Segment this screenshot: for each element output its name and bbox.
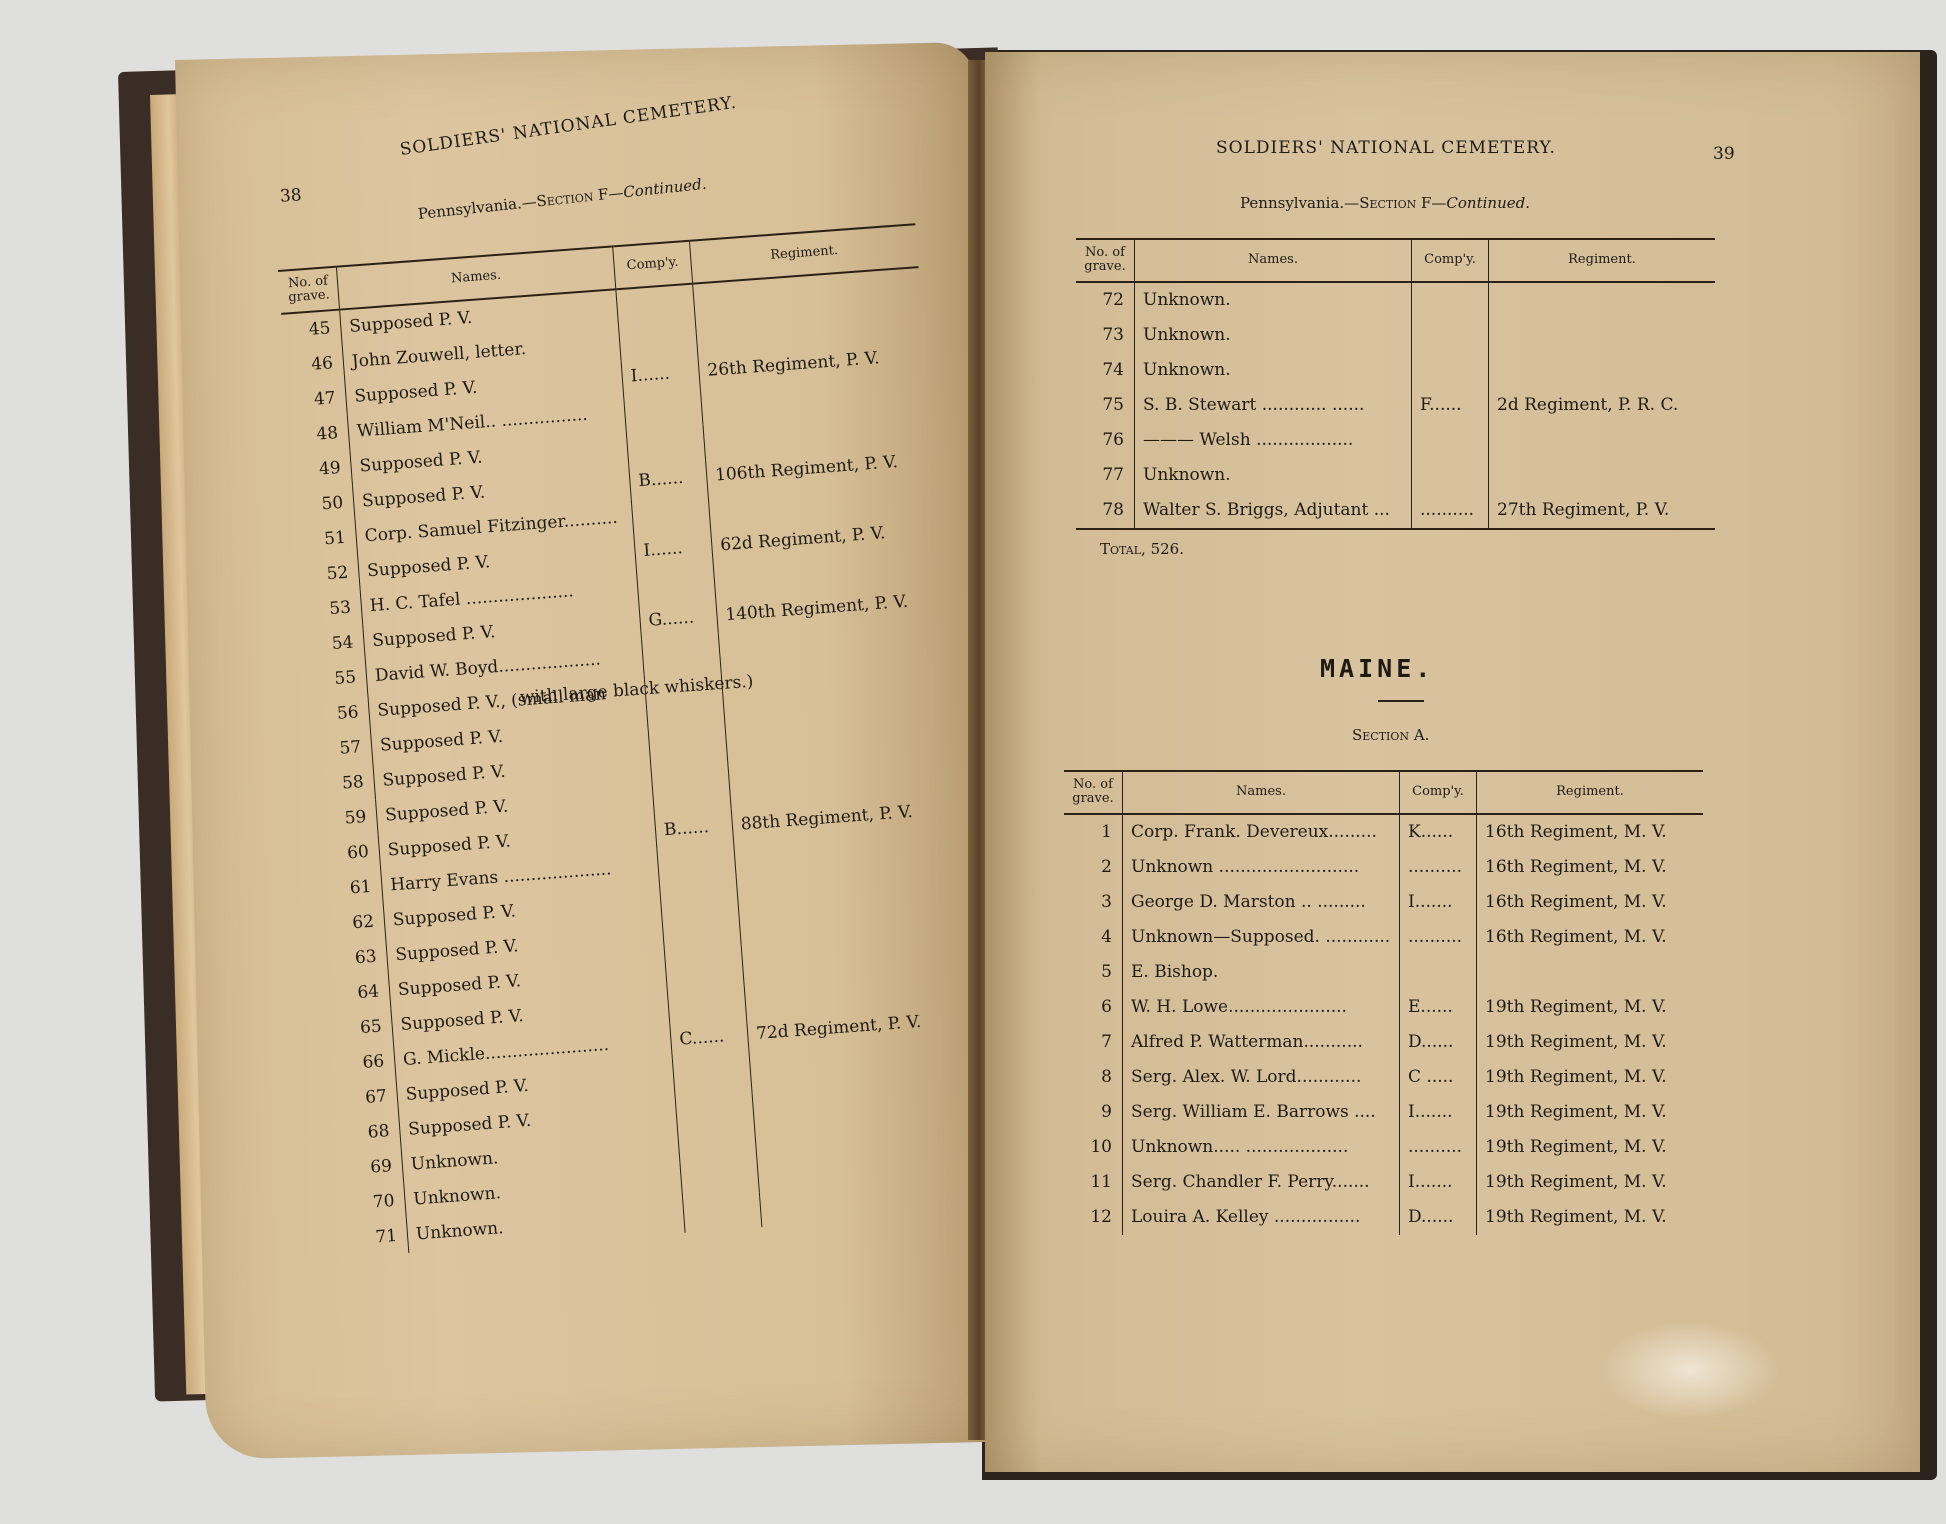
company <box>636 564 715 605</box>
grave-number: 75 <box>1076 388 1135 423</box>
company: I....... <box>1400 1095 1477 1130</box>
company <box>659 878 738 919</box>
company <box>1400 955 1477 990</box>
grave-number: 12 <box>1064 1200 1123 1235</box>
company: D...... <box>1400 1025 1477 1060</box>
regiment: 2d Regiment, P. R. C. <box>1489 388 1716 423</box>
company <box>616 283 695 325</box>
company: C ..... <box>1400 1060 1477 1095</box>
table-row: 7Alfred P. Watterman...........D......19… <box>1064 1025 1703 1060</box>
table-row: 6W. H. Lowe......................E......… <box>1064 990 1703 1025</box>
right-subhead: Pennsylvania.—Section F—Continued. <box>1240 194 1530 212</box>
grave-number: 56 <box>309 694 370 733</box>
regiment: 16th Regiment, M. V. <box>1477 850 1704 885</box>
table-row: 73Unknown. <box>1076 318 1715 353</box>
soldier-name: E. Bishop. <box>1123 955 1400 990</box>
table-row: 8Serg. Alex. W. Lord............C .....1… <box>1064 1060 1703 1095</box>
soldier-name: Unknown. <box>1135 458 1412 493</box>
soldier-name: Louira A. Kelley ................ <box>1123 1200 1400 1235</box>
soldier-name: Serg. Chandler F. Perry....... <box>1123 1165 1400 1200</box>
grave-number: 62 <box>325 904 386 943</box>
pennsylvania-continued-table: No. of grave. Names. Comp'y. Regiment. 7… <box>1076 238 1715 530</box>
regiment: 19th Regiment, M. V. <box>1477 1165 1704 1200</box>
grave-number: 2 <box>1064 850 1123 885</box>
company <box>641 633 720 674</box>
soldier-name: Unknown. <box>1135 282 1412 318</box>
grave-number: 72 <box>1076 282 1135 318</box>
grave-number: 59 <box>317 799 378 838</box>
table-row: 72Unknown. <box>1076 282 1715 318</box>
regiment: 19th Regiment, M. V. <box>1477 1095 1704 1130</box>
regiment <box>1489 458 1716 493</box>
grave-number: 58 <box>315 764 376 803</box>
company <box>624 389 703 430</box>
col-header-grave: No. of grave. <box>1076 239 1135 282</box>
grave-number: 68 <box>340 1113 401 1152</box>
company <box>631 494 710 535</box>
table-row: 2Unknown ...............................… <box>1064 850 1703 885</box>
col-header-grave: No. of grave. <box>278 267 339 314</box>
company: D...... <box>1400 1200 1477 1235</box>
soldier-name: Serg. William E. Barrows .... <box>1123 1095 1400 1130</box>
regiment: 19th Regiment, M. V. <box>1477 990 1704 1025</box>
grave-number: 46 <box>284 345 345 384</box>
company <box>1412 423 1489 458</box>
table-row: 77Unknown. <box>1076 458 1715 493</box>
soldier-name: Serg. Alex. W. Lord............ <box>1123 1060 1400 1095</box>
regiment <box>1489 318 1716 353</box>
company: I....... <box>1400 1165 1477 1200</box>
grave-number: 10 <box>1064 1130 1123 1165</box>
heading-rule <box>1378 700 1424 702</box>
regiment: 19th Regiment, M. V. <box>1477 1060 1704 1095</box>
regiment: 27th Regiment, P. V. <box>1489 493 1716 529</box>
grave-number: 71 <box>348 1218 409 1257</box>
soldier-name: Unknown. <box>1135 353 1412 388</box>
grave-number: 73 <box>1076 318 1135 353</box>
company: .......... <box>1400 850 1477 885</box>
grave-number: 1 <box>1064 814 1123 850</box>
company: K...... <box>1400 814 1477 850</box>
regiment: 16th Regiment, M. V. <box>1477 814 1704 850</box>
regiment <box>1489 282 1716 318</box>
soldier-name: Walter S. Briggs, Adjutant ... <box>1135 493 1412 529</box>
regiment: 16th Regiment, M. V. <box>1477 885 1704 920</box>
col-header-company: Comp'y. <box>1412 239 1489 282</box>
company <box>665 947 744 988</box>
grave-number: 49 <box>292 450 353 489</box>
total-label: Total, <box>1100 540 1146 558</box>
total-value: 526. <box>1151 540 1184 558</box>
company <box>1412 353 1489 388</box>
grave-number: 52 <box>299 555 360 594</box>
company <box>647 703 726 744</box>
grave-number: 54 <box>304 624 365 663</box>
company: I...... <box>621 354 700 395</box>
company: B...... <box>629 459 708 500</box>
company <box>1412 282 1489 318</box>
company <box>672 1052 751 1093</box>
grave-number: 61 <box>322 869 383 908</box>
grave-number: 4 <box>1064 920 1123 955</box>
soldier-name: W. H. Lowe...................... <box>1123 990 1400 1025</box>
state-heading: MAINE. <box>1320 654 1434 683</box>
soldier-name: Unknown. <box>1135 318 1412 353</box>
table-header-row: No. of grave. Names. Comp'y. Regiment. <box>1064 771 1703 814</box>
grave-number: 7 <box>1064 1025 1123 1060</box>
company <box>662 913 741 954</box>
company <box>657 843 736 884</box>
col-header-grave: No. of grave. <box>1064 771 1123 814</box>
grave-number: 63 <box>327 938 388 977</box>
grave-number: 66 <box>335 1043 396 1082</box>
soldier-name: S. B. Stewart ............ ...... <box>1135 388 1412 423</box>
right-page-number: 39 <box>1713 144 1735 164</box>
company: .......... <box>1412 493 1489 529</box>
table-row: 9Serg. William E. Barrows ....I.......19… <box>1064 1095 1703 1130</box>
soldier-name: George D. Marston .. ......... <box>1123 885 1400 920</box>
regiment: 19th Regiment, M. V. <box>1477 1025 1704 1060</box>
grave-number: 45 <box>281 309 342 349</box>
table-row: 1Corp. Frank. Devereux.........K......16… <box>1064 814 1703 850</box>
table-row: 11Serg. Chandler F. Perry.......I.......… <box>1064 1165 1703 1200</box>
grave-number: 48 <box>289 415 350 454</box>
regiment: 19th Regiment, M. V. <box>1477 1130 1704 1165</box>
company <box>667 982 746 1023</box>
grave-number: 5 <box>1064 955 1123 990</box>
grave-number: 9 <box>1064 1095 1123 1130</box>
company: I...... <box>634 529 713 570</box>
soldier-name: Unknown..... ................... <box>1123 1130 1400 1165</box>
company: G...... <box>639 598 718 639</box>
regiment <box>1489 423 1716 458</box>
section-heading: Section A. <box>1352 726 1429 744</box>
company <box>683 1192 762 1233</box>
col-header-names: Names. <box>1135 239 1412 282</box>
grave-number: 8 <box>1064 1060 1123 1095</box>
soldier-name: ——— Welsh .................. <box>1135 423 1412 458</box>
table-row: 5E. Bishop. <box>1064 955 1703 990</box>
table-row: 12Louira A. Kelley ................D....… <box>1064 1200 1703 1235</box>
table-row: 78Walter S. Briggs, Adjutant ...........… <box>1076 493 1715 529</box>
table-row: 76——— Welsh .................. <box>1076 423 1715 458</box>
grave-number: 69 <box>343 1148 404 1187</box>
company <box>626 424 705 465</box>
table-row: 75S. B. Stewart ............ ......F....… <box>1076 388 1715 423</box>
table-header-row: No. of grave. Names. Comp'y. Regiment. <box>1076 239 1715 282</box>
left-burial-table: No. of grave. Names. Comp'y. Regiment. 4… <box>278 223 988 1257</box>
grave-number: 51 <box>297 520 358 559</box>
company <box>1412 318 1489 353</box>
table-row: 3George D. Marston .. .........I.......1… <box>1064 885 1703 920</box>
left-page-number: 38 <box>279 185 302 206</box>
company <box>675 1087 754 1128</box>
subhead-state: Pennsylvania.— <box>1240 194 1359 212</box>
grave-number: 47 <box>286 380 347 419</box>
col-header-company: Comp'y. <box>613 241 693 289</box>
company: .......... <box>1400 920 1477 955</box>
grave-number: 70 <box>345 1183 406 1222</box>
company: I....... <box>1400 885 1477 920</box>
grave-number: 57 <box>312 729 373 768</box>
subhead-continued: Continued. <box>1446 194 1530 212</box>
soldier-name: Unknown—Supposed. ............ <box>1123 920 1400 955</box>
grave-number: 60 <box>320 834 381 873</box>
company <box>1412 458 1489 493</box>
company: E...... <box>1400 990 1477 1025</box>
grave-number: 74 <box>1076 353 1135 388</box>
paper-stain <box>1600 1320 1780 1420</box>
grave-number: 53 <box>302 589 363 628</box>
grave-number: 6 <box>1064 990 1123 1025</box>
grave-number: 76 <box>1076 423 1135 458</box>
company: F...... <box>1412 388 1489 423</box>
col-header-regiment: Regiment. <box>1489 239 1716 282</box>
table-row: 74Unknown. <box>1076 353 1715 388</box>
company <box>680 1157 759 1198</box>
company <box>649 738 728 779</box>
regiment: 19th Regiment, M. V. <box>1477 1200 1704 1235</box>
company <box>677 1122 756 1163</box>
col-header-regiment: Regiment. <box>1477 771 1704 814</box>
regiment <box>1489 353 1716 388</box>
regiment: 16th Regiment, M. V. <box>1477 920 1704 955</box>
company: B...... <box>654 808 733 849</box>
company: .......... <box>1400 1130 1477 1165</box>
table-row: 4Unknown—Supposed. .....................… <box>1064 920 1703 955</box>
grave-number: 67 <box>338 1078 399 1117</box>
col-header-company: Comp'y. <box>1400 771 1477 814</box>
col-header-names: Names. <box>1123 771 1400 814</box>
company <box>652 773 731 814</box>
grave-number: 11 <box>1064 1165 1123 1200</box>
subhead-section: Section F— <box>1359 194 1446 212</box>
soldier-name: Corp. Frank. Devereux......... <box>1123 814 1400 850</box>
grave-number: 3 <box>1064 885 1123 920</box>
right-running-head: SOLDIERS' NATIONAL CEMETERY. <box>1216 138 1556 158</box>
company: C...... <box>670 1017 749 1058</box>
company <box>618 319 697 360</box>
table-row: 10Unknown..... .........................… <box>1064 1130 1703 1165</box>
soldier-name: Unknown .......................... <box>1123 850 1400 885</box>
grave-number: 50 <box>294 485 355 524</box>
soldier-name: Alfred P. Watterman........... <box>1123 1025 1400 1060</box>
regiment <box>1477 955 1704 990</box>
grave-number: 77 <box>1076 458 1135 493</box>
maine-section-a-table: No. of grave. Names. Comp'y. Regiment. 1… <box>1064 770 1703 1235</box>
grave-number: 64 <box>330 973 391 1012</box>
grave-number: 55 <box>307 659 368 698</box>
grave-number: 65 <box>333 1008 394 1047</box>
total-line: Total, 526. <box>1100 540 1184 558</box>
grave-number: 78 <box>1076 493 1135 529</box>
